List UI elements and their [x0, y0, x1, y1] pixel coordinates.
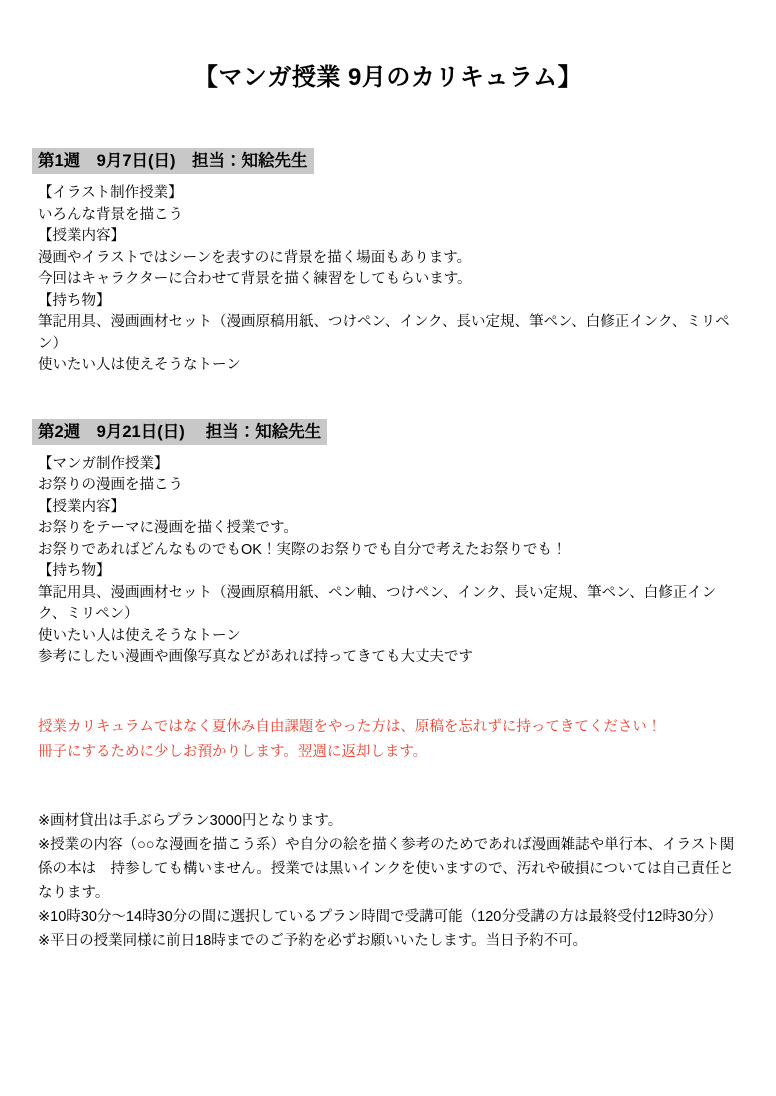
text-line: 筆記用具、漫画画材セット（漫画原稿用紙、つけペン、インク、長い定規、筆ペン、白修… [38, 312, 738, 355]
text-line: いろんな背景を描こう [38, 205, 738, 227]
text-line: お祭りであればどんなものでもOK！実際のお祭りでも自分で考えたお祭りでも！ [38, 540, 738, 562]
text-line: 漫画やイラストではシーンを表すのに背景を描く場面もあります。 [38, 248, 738, 270]
text-line: 今回はキャラクターに合わせて背景を描く練習をしてもらいます。 [38, 269, 738, 291]
text-line: 【授業内容】 [38, 497, 738, 519]
text-line: 【持ち物】 [38, 561, 738, 583]
footnote-line: ※10時30分〜14時30分の間に選択しているプラン時間で受講可能（120分受講… [38, 905, 738, 929]
week-1-header: 第1週 9月7日(日) 担当：知絵先生 [32, 148, 314, 174]
text-line: 【マンガ制作授業】 [38, 454, 738, 476]
document-page: 【マンガ授業 9月のカリキュラム】 第1週 9月7日(日) 担当：知絵先生 【イ… [0, 0, 776, 1096]
text-line: 【授業内容】 [38, 226, 738, 248]
week-1-body: 【イラスト制作授業】 いろんな背景を描こう 【授業内容】 漫画やイラストではシー… [38, 183, 738, 377]
footnote-line: ※平日の授業同様に前日18時までのご予約を必ずお願いいたします。当日予約不可。 [38, 929, 738, 953]
text-line: 使いたい人は使えそうなトーン [38, 626, 738, 648]
text-line: 使いたい人は使えそうなトーン [38, 355, 738, 377]
text-line: お祭りをテーマに漫画を描く授業です。 [38, 518, 738, 540]
week-2-header: 第2週 9月21日(日) 担当：知絵先生 [32, 419, 327, 445]
text-line: 【イラスト制作授業】 [38, 183, 738, 205]
text-line: お祭りの漫画を描こう [38, 475, 738, 497]
section-week-1: 第1週 9月7日(日) 担当：知絵先生 【イラスト制作授業】 いろんな背景を描こ… [38, 148, 738, 377]
page-title: 【マンガ授業 9月のカリキュラム】 [38, 60, 738, 96]
footnote-line: ※画材貸出は手ぶらプラン3000円となります。 [38, 809, 738, 833]
text-line: 【持ち物】 [38, 291, 738, 313]
text-line: 参考にしたい漫画や画像写真などがあれば持ってきても大丈夫です [38, 647, 738, 669]
footnotes: ※画材貸出は手ぶらプラン3000円となります。 ※授業の内容（○○な漫画を描こう… [38, 809, 738, 953]
notice-line: 授業カリキュラムではなく夏休み自由課題をやった方は、原稿を忘れずに持ってきてくだ… [38, 715, 738, 740]
section-week-2: 第2週 9月21日(日) 担当：知絵先生 【マンガ制作授業】 お祭りの漫画を描こ… [38, 419, 738, 669]
text-line: 筆記用具、漫画画材セット（漫画原稿用紙、ペン軸、つけペン、インク、長い定規、筆ペ… [38, 583, 738, 626]
notice-line: 冊子にするために少しお預かりします。翌週に返却します。 [38, 740, 738, 765]
footnote-line: ※授業の内容（○○な漫画を描こう系）や自分の絵を描く参考のためであれば漫画雑誌や… [38, 833, 738, 905]
week-2-body: 【マンガ制作授業】 お祭りの漫画を描こう 【授業内容】 お祭りをテーマに漫画を描… [38, 454, 738, 669]
summer-homework-notice: 授業カリキュラムではなく夏休み自由課題をやった方は、原稿を忘れずに持ってきてくだ… [38, 715, 738, 765]
